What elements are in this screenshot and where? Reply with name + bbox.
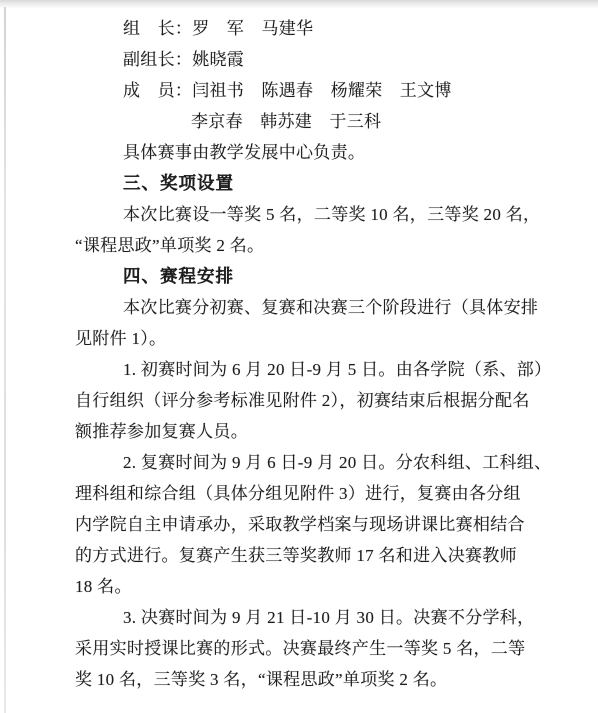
- section-heading-line: 三、奖项设置: [75, 168, 575, 199]
- text-line: 本次比赛设一等奖 5 名，二等奖 10 名，三等奖 20 名，: [75, 199, 575, 230]
- text-line: 副组长：姚晓霞: [75, 44, 575, 75]
- text-line: 2. 复赛时间为 9 月 6 日-9 月 20 日。分农科组、工科组、: [75, 447, 575, 478]
- text-line: 本次比赛分初赛、复赛和决赛三个阶段进行（具体安排: [75, 292, 575, 323]
- text-line: 理科组和综合组（具体分组见附件 3）进行，复赛由各分组: [75, 478, 575, 509]
- text-line: 具体赛事由教学发展中心负责。: [75, 137, 575, 168]
- text-line: 奖 10 名，三等奖 3 名，“课程思政”单项奖 2 名。: [75, 664, 575, 695]
- page-left-scan-line: [4, 7, 6, 713]
- text-line: “课程思政”单项奖 2 名。: [75, 230, 575, 261]
- text-line: 的方式进行。复赛产生获三等奖教师 17 名和进入决赛教师: [75, 540, 575, 571]
- text-line: 组 长：罗 军 马建华: [75, 13, 575, 44]
- text-line: 18 名。: [75, 571, 575, 602]
- text-line: 成 员：闫祖书 陈遇春 杨耀荣 王文博: [75, 75, 575, 106]
- text-line: 内学院自主申请承办，采取教学档案与现场讲课比赛相结合: [75, 509, 575, 540]
- text-line: 采用实时授课比赛的形式。决赛最终产生一等奖 5 名，二等: [75, 633, 575, 664]
- text-line: 自行组织（评分参考标准见附件 2），初赛结束后根据分配名: [75, 385, 575, 416]
- text-line: 额推荐参加复赛人员。: [75, 416, 575, 447]
- text-line: 3. 决赛时间为 9 月 21 日-10 月 30 日。决赛不分学科，: [75, 602, 575, 633]
- text-line: 见附件 1）。: [75, 323, 575, 354]
- text-line: 1. 初赛时间为 6 月 20 日-9 月 5 日。由各学院（系、部）: [75, 354, 575, 385]
- text-line: 李京春 韩苏建 于三科: [75, 106, 575, 137]
- document-page: 组 长：罗 军 马建华副组长：姚晓霞成 员：闫祖书 陈遇春 杨耀荣 王文博李京春…: [75, 13, 575, 695]
- section-heading-line: 四、赛程安排: [75, 261, 575, 292]
- page-top-edge-shadow: [0, 0, 598, 9]
